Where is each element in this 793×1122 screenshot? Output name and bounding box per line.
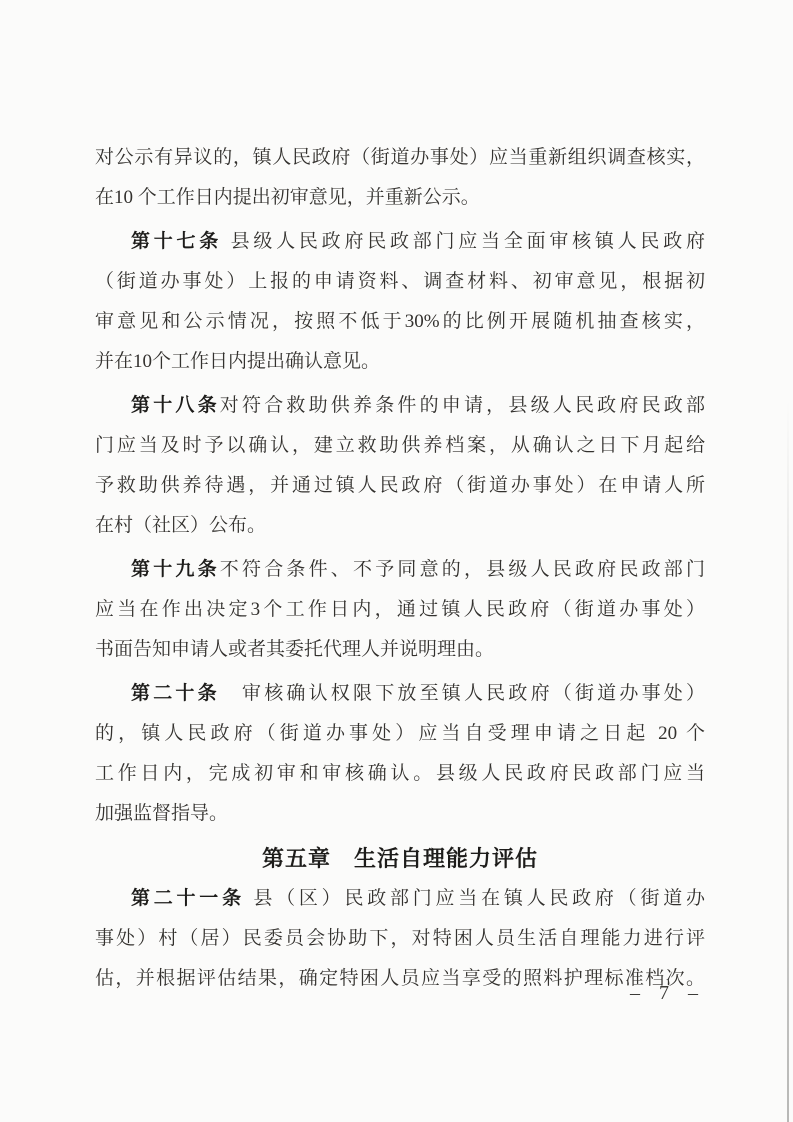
chapter-heading: 第五章 生活自理能力评估 — [95, 839, 705, 879]
text-line: 的，镇人民政府（街道办事处）应当自受理申请之日起 20 个 — [95, 714, 705, 754]
article-18-paragraph: 第十八条对符合救助供养条件的申请，县级人民政府民政部 门应当及时予以确认，建立救… — [95, 386, 705, 546]
text-line: 第十七条 县级人民政府民政部门应当全面审核镇人民政府 — [95, 222, 705, 262]
page-number: – 7 – — [630, 978, 705, 1008]
scan-artifact-line — [787, 400, 789, 1122]
article-21-number: 第二十一条 — [131, 888, 245, 909]
text-run: 县（区）民政部门应当在镇人民政府（街道办 — [245, 888, 705, 909]
text-line: 门应当及时予以确认，建立救助供养档案，从确认之日下月起给 — [95, 426, 705, 466]
article-19-paragraph: 第十九条不符合条件、不予同意的，县级人民政府民政部门 应当在作出决定3个工作日内… — [95, 550, 705, 670]
text-line: 对公示有异议的，镇人民政府（街道办事处）应当重新组织调查核实， — [95, 138, 705, 178]
article-20-number: 第二十条 — [131, 683, 220, 704]
article-18-number: 第十八条 — [131, 395, 220, 416]
text-line: 第二十一条 县（区）民政部门应当在镇人民政府（街道办 — [95, 879, 705, 919]
text-line: 工作日内，完成初审和审核确认。县级人民政府民政部门应当 — [95, 754, 705, 794]
text-line: 予救助供养待遇，并通过镇人民政府（街道办事处）在申请人所 — [95, 466, 705, 506]
text-line: 在10 个工作日内提出初审意见，并重新公示。 — [95, 178, 705, 218]
text-line: 事处）村（居）民委员会协助下，对特困人员生活自理能力进行评 — [95, 919, 705, 959]
article-17-paragraph: 第十七条 县级人民政府民政部门应当全面审核镇人民政府 （街道办事处）上报的申请资… — [95, 222, 705, 382]
text-line: 第十九条不符合条件、不予同意的，县级人民政府民政部门 — [95, 550, 705, 590]
text-line: 书面告知申请人或者其委托代理人并说明理由。 — [95, 630, 705, 670]
text-line: 第十八条对符合救助供养条件的申请，县级人民政府民政部 — [95, 386, 705, 426]
text-line: 并在10个工作日内提出确认意见。 — [95, 342, 705, 382]
text-run: 不符合条件、不予同意的，县级人民政府民政部门 — [220, 559, 705, 580]
article-21-paragraph: 第二十一条 县（区）民政部门应当在镇人民政府（街道办 事处）村（居）民委员会协助… — [95, 879, 705, 999]
article-20-paragraph: 第二十条 审核确认权限下放至镇人民政府（街道办事处） 的，镇人民政府（街道办事处… — [95, 674, 705, 834]
text-line: 第二十条 审核确认权限下放至镇人民政府（街道办事处） — [95, 674, 705, 714]
paragraph-continuation: 对公示有异议的，镇人民政府（街道办事处）应当重新组织调查核实， 在10 个工作日… — [95, 138, 705, 218]
text-run: 县级人民政府民政部门应当全面审核镇人民政府 — [222, 231, 705, 252]
text-line: （街道办事处）上报的申请资料、调查材料、初审意见，根据初 — [95, 262, 705, 302]
text-run: 审核确认权限下放至镇人民政府（街道办事处） — [220, 683, 705, 704]
text-line: 估，并根据评估结果，确定特困人员应当享受的照料护理标准档次。 — [95, 959, 705, 999]
text-line: 在村（社区）公布。 — [95, 506, 705, 546]
article-19-number: 第十九条 — [131, 559, 220, 580]
text-line: 审意见和公示情况，按照不低于30%的比例开展随机抽查核实， — [95, 302, 705, 342]
text-line: 加强监督指导。 — [95, 794, 705, 834]
article-17-number: 第十七条 — [131, 231, 222, 252]
text-run: 对符合救助供养条件的申请，县级人民政府民政部 — [220, 395, 705, 416]
text-line: 应当在作出决定3个工作日内，通过镇人民政府（街道办事处） — [95, 590, 705, 630]
document-body: 对公示有异议的，镇人民政府（街道办事处）应当重新组织调查核实， 在10 个工作日… — [95, 138, 705, 999]
